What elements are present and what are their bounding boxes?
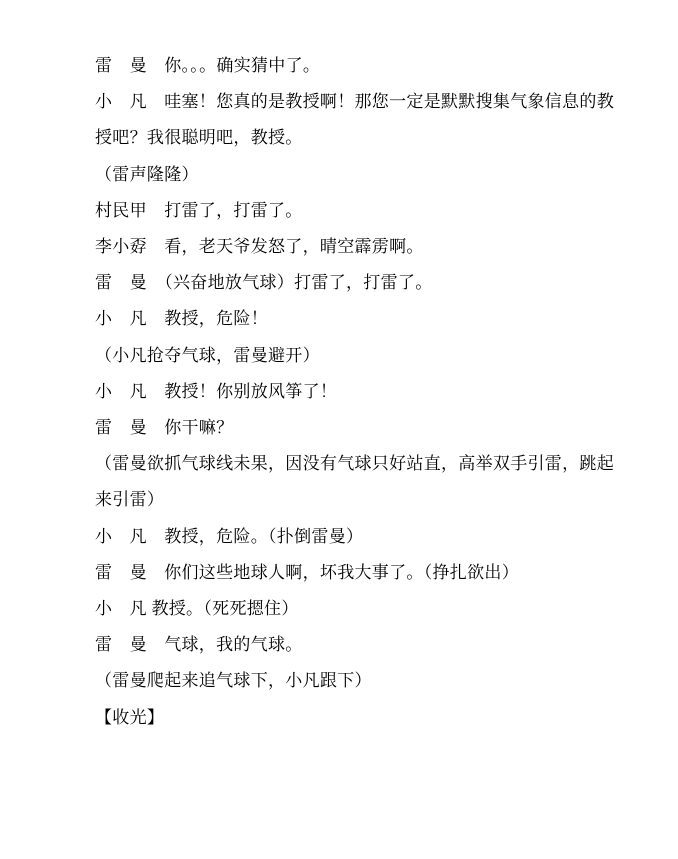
script-line: （雷曼欲抓气球线未果，因没有气球只好站直，高举双手引雷，跳起 [95,446,655,482]
script-line: 小 凡 教授！你别放风筝了！ [95,374,655,410]
script-line: 村民甲 打雷了，打雷了。 [95,193,655,229]
script-line: 小 凡 哇塞！您真的是教授啊！那您一定是默默搜集气象信息的教 [95,84,655,120]
script-line: 来引雷） [95,482,655,518]
script-line: 雷 曼 你。。。确实猜中了。 [95,48,655,84]
script-line: 雷 曼 （兴奋地放气球）打雷了，打雷了。 [95,265,655,301]
script-line: 小 凡 教授。（死死摁住） [95,591,655,627]
script-lines: 雷 曼 你。。。确实猜中了。小 凡 哇塞！您真的是教授啊！那您一定是默默搜集气象… [95,48,655,736]
script-line: （雷曼爬起来追气球下，小凡跟下） [95,663,655,699]
script-line: （雷声隆隆） [95,157,655,193]
script-line: 雷 曼 你们这些地球人啊，坏我大事了。（挣扎欲出） [95,555,655,591]
script-line: 小 凡 教授，危险！ [95,301,655,337]
script-line: 雷 曼 气球，我的气球。 [95,627,655,663]
script-page: 雷 曼 你。。。确实猜中了。小 凡 哇塞！您真的是教授啊！那您一定是默默搜集气象… [0,0,678,859]
script-line: 小 凡 教授，危险。（扑倒雷曼） [95,519,655,555]
script-line: （小凡抢夺气球，雷曼避开） [95,338,655,374]
script-line: 授吧？我很聪明吧，教授。 [95,120,655,156]
script-line: 【收光】 [95,700,655,736]
script-line: 李小孬 看，老天爷发怒了，晴空霹雳啊。 [95,229,655,265]
document-page: { "page": { "background": "#ffffff", "te… [0,0,678,859]
script-line: 雷 曼 你干嘛？ [95,410,655,446]
